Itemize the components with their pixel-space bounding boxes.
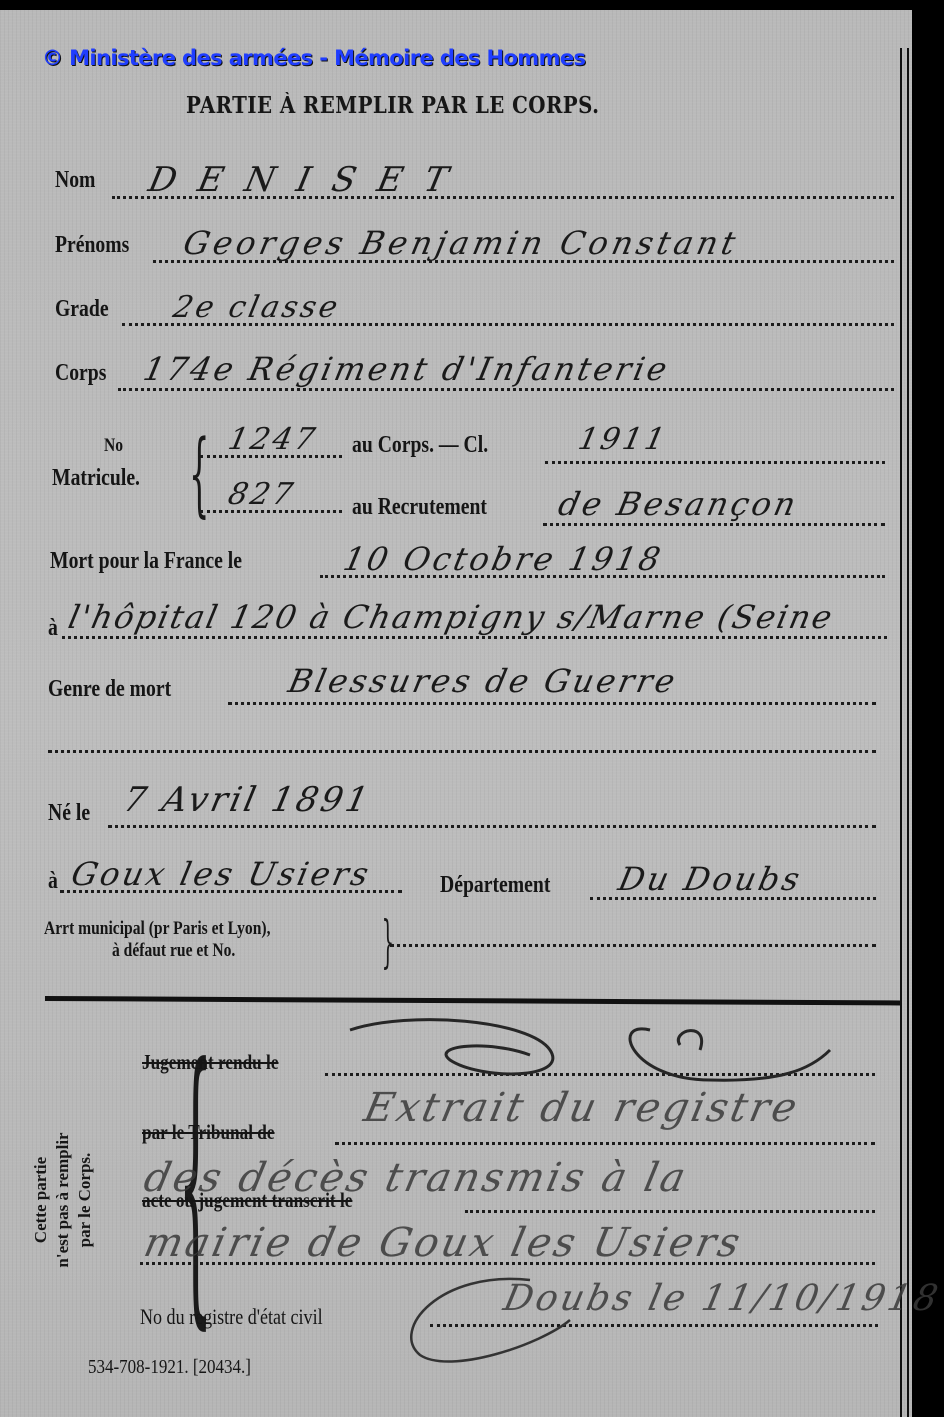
recrutement-value: de Besançon — [555, 485, 802, 523]
handwritten-line-1: Extrait du registre — [360, 1085, 804, 1131]
genre-mort-label: Genre de mort — [48, 676, 171, 703]
nom-label: Nom — [55, 167, 95, 194]
nom-value: DENISET — [145, 160, 474, 200]
departement-label: Département — [440, 872, 550, 899]
ne-le-line — [108, 825, 876, 828]
ne-le-label: Né le — [48, 800, 90, 827]
classe-line — [545, 461, 885, 464]
record-card: © Ministère des armées - Mémoire des Hom… — [0, 10, 912, 1417]
side-note-line: Cette partie — [30, 1090, 52, 1310]
side-note-line: n'est pas à remplir — [52, 1090, 74, 1310]
grade-value: 2e classe — [170, 290, 344, 325]
recrutement-line — [543, 523, 885, 526]
signature-loop — [380, 1260, 660, 1380]
corps-label: Corps — [55, 360, 106, 387]
matricule-corps-number: 1247 — [225, 422, 321, 457]
mort-label: Mort pour la France le — [50, 548, 242, 575]
genre-mort-value: Blessures de Guerre — [285, 662, 681, 700]
matricule-recrutement-label: au Recrutement — [352, 494, 487, 521]
arrondissement-label-2: à défaut rue et No. — [112, 940, 235, 962]
side-note-line: par le Corps. — [74, 1090, 96, 1310]
copyright-watermark: © Ministère des armées - Mémoire des Hom… — [42, 46, 585, 70]
form-title: PARTIE À REMPLIR PAR LE CORPS. — [186, 92, 599, 119]
form-reference: 534-708-1921. [20434.] — [88, 1356, 251, 1379]
arrondissement-brace: } — [382, 910, 394, 975]
genre-mort-line — [228, 702, 876, 705]
handwritten-line-2: des décès transmis à la — [140, 1155, 692, 1201]
border-line — [900, 48, 902, 1417]
departement-value: Du Doubs — [615, 860, 806, 898]
registre-label: No du registre d'état civil — [140, 1304, 323, 1330]
matricule-label-no: No — [104, 435, 123, 457]
prenoms-label: Prénoms — [55, 232, 129, 259]
acte-line — [465, 1210, 875, 1213]
grade-label: Grade — [55, 296, 109, 323]
lieu-naissance-value: Goux les Usiers — [68, 855, 375, 893]
matricule-recrutement-number: 827 — [225, 477, 299, 512]
lieu-mort-value: l'hôpital 120 à Champigny s/Marne (Seine — [65, 598, 837, 636]
lieu-mort-line — [62, 636, 887, 639]
lieu-naissance-label: à — [48, 868, 58, 895]
jugement-label: Jugement rendu le — [142, 1050, 278, 1075]
side-note: Cette partie n'est pas à remplir par le … — [30, 1090, 96, 1310]
tribunal-label: par le Tribunal de — [142, 1120, 275, 1145]
classe-value: 1911 — [575, 422, 671, 457]
ne-le-value: 7 Avril 1891 — [120, 780, 375, 820]
arrondissement-line — [390, 944, 876, 947]
extra-line — [48, 750, 876, 753]
border-line — [907, 48, 909, 1417]
mort-value: 10 Octobre 1918 — [340, 540, 667, 578]
lieu-mort-label: à — [48, 615, 58, 642]
corps-value: 174e Régiment d'Infanterie — [140, 350, 673, 388]
matricule-corps-label: au Corps. — Cl. — [352, 432, 488, 459]
section-divider — [45, 996, 901, 1005]
tribunal-line — [335, 1142, 875, 1145]
arrondissement-label: Arrt municipal (pr Paris et Lyon), — [44, 918, 270, 940]
prenoms-value: Georges Benjamin Constant — [180, 224, 743, 262]
corps-line — [118, 388, 894, 391]
matricule-label: Matricule. — [52, 465, 140, 492]
